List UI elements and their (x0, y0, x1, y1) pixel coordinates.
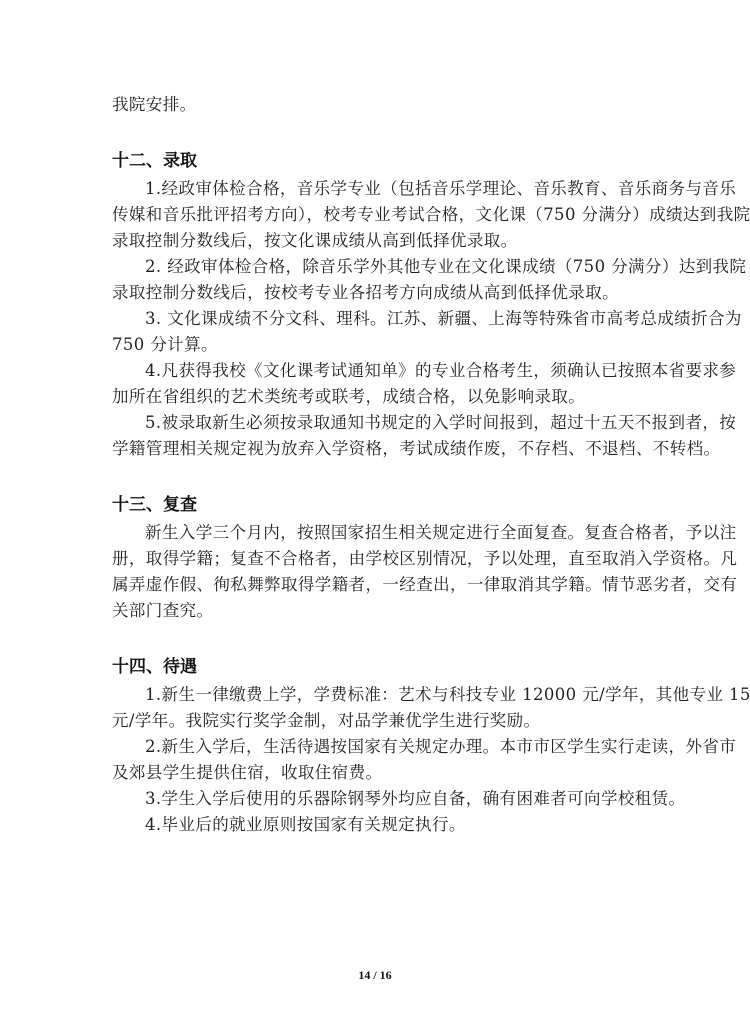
paragraph-line: 录取控制分数线后，按文化课成绩从高到低择优录取。 (112, 228, 640, 254)
paragraph-line: 新生入学三个月内，按照国家招生相关规定进行全面复查。复查合格者，予以注 (112, 520, 640, 546)
paragraph-line: 册，取得学籍；复查不合格者，由学校区别情况，予以处理，直至取消入学资格。凡 (112, 546, 640, 572)
section-heading: 十二、录取 (112, 148, 640, 176)
paragraph-line: 录取控制分数线后，按校考专业各招考方向成绩从高到低择优录取。 (112, 280, 640, 306)
section-heading: 十四、待遇 (112, 654, 640, 682)
paragraph-line: 1.新生一律缴费上学，学费标准：艺术与科技专业 12000 元/学年，其他专业 … (112, 682, 640, 708)
paragraph-line: 3.学生入学后使用的乐器除钢琴外均应自备，确有困难者可向学校租赁。 (112, 786, 640, 812)
paragraph-line: 及郊县学生提供住宿，收取住宿费。 (112, 760, 640, 786)
paragraph-line: 4.毕业后的就业原则按国家有关规定执行。 (112, 812, 640, 838)
paragraph-line: 元/学年。我院实行奖学金制，对品学兼优学生进行奖励。 (112, 708, 640, 734)
paragraph-line: 1.经政审体检合格，音乐学专业（包括音乐学理论、音乐教育、音乐商务与音乐 (112, 176, 640, 202)
section-benefits: 十四、待遇 1.新生一律缴费上学，学费标准：艺术与科技专业 12000 元/学年… (112, 654, 640, 838)
paragraph-line: 学籍管理相关规定视为放弃入学资格，考试成绩作废，不存档、不退档、不转档。 (112, 436, 640, 462)
paragraph-line: 属弄虚作假、徇私舞弊取得学籍者，一经查出，一律取消其学籍。情节恶劣者，交有 (112, 572, 640, 598)
paragraph-line: 2.新生入学后，生活待遇按国家有关规定办理。本市市区学生实行走读，外省市 (112, 734, 640, 760)
section-admission: 十二、录取 1.经政审体检合格，音乐学专业（包括音乐学理论、音乐教育、音乐商务与… (112, 148, 640, 462)
paragraph-line: 关部门查究。 (112, 598, 640, 624)
section-heading: 十三、复查 (112, 492, 640, 520)
paragraph-line: 5.被录取新生必须按录取通知书规定的入学时间报到，超过十五天不报到者，按 (112, 410, 640, 436)
paragraph-line: 4.凡获得我校《文化课考试通知单》的专业合格考生，须确认已按照本省要求参 (112, 358, 640, 384)
paragraph-line: 2. 经政审体检合格，除音乐学外其他专业在文化课成绩（750 分满分）达到我院 (112, 254, 640, 280)
paragraph-line: 传媒和音乐批评招考方向），校考专业考试合格，文化课（750 分满分）成绩达到我院 (112, 202, 640, 228)
paragraph-line: 加所在省组织的艺术类统考或联考，成绩合格，以免影响录取。 (112, 384, 640, 410)
paragraph-line: 750 分计算。 (112, 332, 640, 358)
page-number: 14 / 16 (0, 968, 750, 983)
continuation-text: 我院安排。 (112, 92, 640, 118)
paragraph-line: 3. 文化课成绩不分文科、理科。江苏、新疆、上海等特殊省市高考总成绩折合为 (112, 306, 640, 332)
document-page: 我院安排。 十二、录取 1.经政审体检合格，音乐学专业（包括音乐学理论、音乐教育… (112, 92, 640, 838)
section-review: 十三、复查 新生入学三个月内，按照国家招生相关规定进行全面复查。复查合格者，予以… (112, 492, 640, 624)
